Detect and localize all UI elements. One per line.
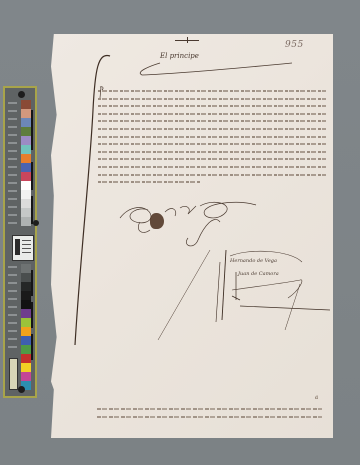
text-line: . <box>98 148 326 156</box>
text-line: . <box>98 110 326 118</box>
pen-strokes <box>0 0 360 465</box>
heading-flourish-icon <box>140 63 292 75</box>
text-line: . <box>98 125 326 133</box>
text-line: . <box>97 405 322 413</box>
ink-blot <box>150 213 164 229</box>
bottom-annotation: d . . <box>97 405 322 421</box>
text-line: . <box>98 117 326 125</box>
text-line: . <box>98 171 326 179</box>
image-viewer: 955 El principe Hernando de Vega Juan de… <box>0 0 360 465</box>
text-line: . <box>98 178 201 186</box>
signer-name-2: Juan de Camora <box>238 271 279 277</box>
text-line: . <box>98 133 326 141</box>
signature-names: Hernando de Vega Juan de Camora <box>230 258 277 264</box>
text-line: . <box>98 87 326 95</box>
text-line: . <box>98 155 326 163</box>
text-line: . <box>98 95 326 103</box>
annotation-mark: d <box>315 395 318 401</box>
text-line: . <box>98 140 326 148</box>
signer-name-1: Hernando de Vega <box>230 258 277 264</box>
letter-body: . . . . . . . . . . . . . <box>98 87 326 186</box>
text-line: . <box>98 102 326 110</box>
text-line: . <box>97 413 322 421</box>
text-line: . <box>98 163 326 171</box>
